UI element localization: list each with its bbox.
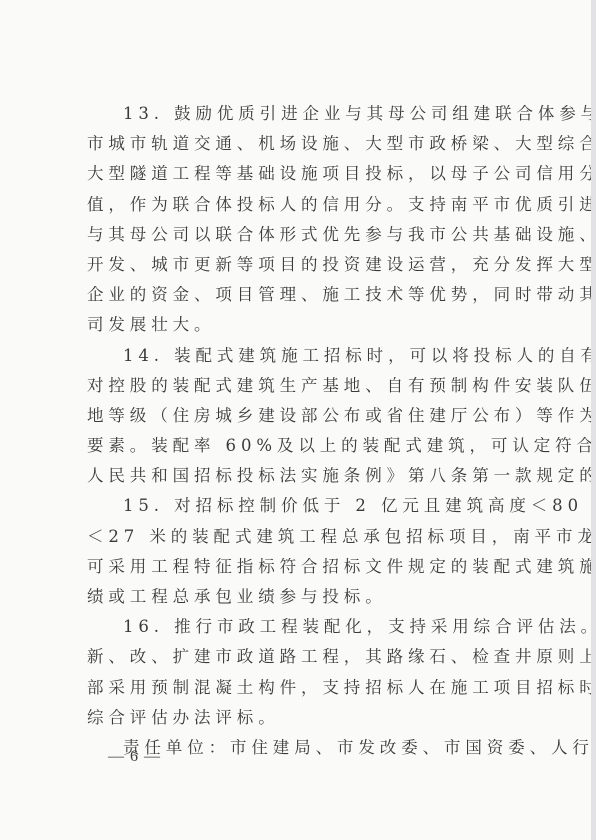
text-line: 绩或工程总承包业绩参与投标。 — [87, 582, 529, 612]
text-line: 人民共和国招标投标法实施条例》第八条第一款规定的情形。 — [87, 461, 529, 491]
page-number: — 6 — — [108, 748, 161, 766]
text-line: 15. 对招标控制价低于 2 亿元且建筑高度＜80 米、跨度 — [87, 491, 529, 521]
page-edge — [591, 0, 596, 840]
text-line: 14. 装配式建筑施工招标时，可以将投标人的自有或绝 — [87, 341, 529, 371]
text-line: 16. 推行市政工程装配化，支持采用综合评估法。我市 — [87, 612, 529, 642]
document-body: 13. 鼓励优质引进企业与其母公司组建联合体参与南平市城市轨道交通、机场设施、大… — [87, 99, 529, 763]
text-line: 对控股的装配式建筑生产基地、自有预制构件安装队伍、基 — [87, 371, 529, 401]
text-line: 13. 鼓励优质引进企业与其母公司组建联合体参与南平 — [87, 99, 529, 129]
text-line: 要素。装配率 60%及以上的装配式建筑，可认定符合《中华 — [87, 431, 529, 461]
text-line: 值，作为联合体投标人的信用分。支持南平市优质引进企业 — [87, 190, 529, 220]
text-line: ＜27 米的装配式建筑工程总承包招标项目，南平市龙头企业 — [87, 522, 529, 552]
text-line: 企业的资金、项目管理、施工技术等优势，同时带动其子公 — [87, 280, 529, 310]
text-line: 市城市轨道交通、机场设施、大型市政桥梁、大型综合管廊、 — [87, 129, 529, 159]
text-line: 大型隧道工程等基础设施项目投标，以母子公司信用分最高 — [87, 159, 529, 189]
text-line: 地等级（住房城乡建设部公布或省住建厅公布）等作为评审 — [87, 401, 529, 431]
text-line: 司发展壮大。 — [87, 310, 529, 340]
text-line: 新、改、扩建市政道路工程，其路缘石、检查井原则上应全 — [87, 642, 529, 672]
document-page: 13. 鼓励优质引进企业与其母公司组建联合体参与南平市城市轨道交通、机场设施、大… — [0, 0, 592, 840]
text-line: 综合评估办法评标。 — [87, 703, 529, 733]
text-line: 可采用工程特征指标符合招标文件规定的装配式建筑施工业 — [87, 552, 529, 582]
text-line: 与其母公司以联合体形式优先参与我市公共基础设施、片区 — [87, 220, 529, 250]
text-line: 部采用预制混凝土构件，支持招标人在施工项目招标时采用 — [87, 673, 529, 703]
text-line: 开发、城市更新等项目的投资建设运营，充分发挥大型施工 — [87, 250, 529, 280]
